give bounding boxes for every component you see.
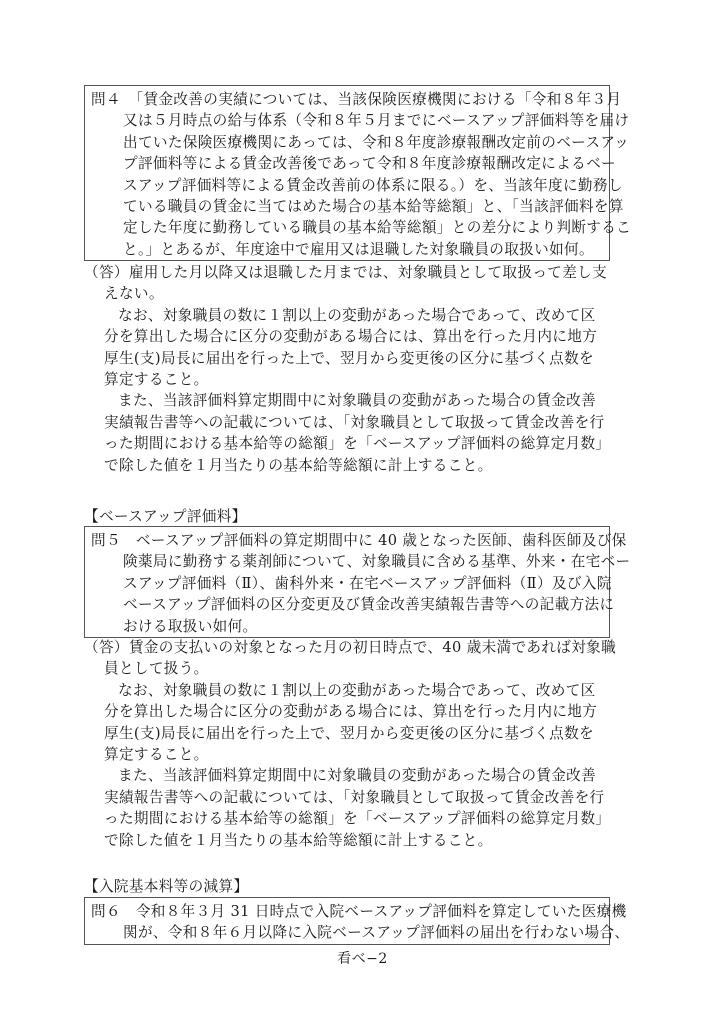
a5-line: 厚生(支)局長に届出を行った上で、翌月から変更後の区分に基づく点数を <box>84 723 614 744</box>
a4-line: えない。 <box>84 283 614 304</box>
section-heading-inpatient: 【入院基本料等の減算】 <box>84 876 248 897</box>
a4-line: った期間における基本給等の総額」を「ベースアップ評価料の総算定月数」 <box>84 433 614 454</box>
a4-line: （答）雇用した月以降又は退職した月までは、対象職員として取扱って差し支 <box>84 262 614 283</box>
q5-line: 問５ ベースアップ評価料の算定期間中に 40 歳となった医師、歯科医師及び保 <box>91 530 603 551</box>
section-heading-base-up: 【ベースアップ評価料】 <box>84 506 247 527</box>
a5-line: （答）賃金の支払いの対象となった月の初日時点で、40 歳未満であれば対象職 <box>84 637 614 658</box>
a5-line: 算定すること。 <box>84 744 614 765</box>
document-page: 問４ 「賃金改善の実績については、当該保険医療機関における「令和８年３月 又は５… <box>0 0 725 1024</box>
answer-5: （答）賃金の支払いの対象となった月の初日時点で、40 歳未満であれば対象職 員と… <box>84 637 614 851</box>
q4-line: 又は５月時点の給与体系（令和８年５月までにベースアップ評価料等を届け <box>91 110 603 131</box>
q6-line: 関が、令和８年６月以降に入院ベースアップ評価料の届出を行わない場合、 <box>91 922 603 943</box>
a5-line: 実績報告書等への記載については、「対象職員として取扱って賃金改善を行 <box>84 787 614 808</box>
q4-line: と。」とあるが、年度途中で雇用又は退職した対象職員の取扱い如何。 <box>91 239 603 260</box>
a4-line: また、当該評価料算定期間中に対象職員の変動があった場合の賃金改善 <box>84 390 614 411</box>
q4-line: 出ていた保険医療機関にあっては、令和８年度診療報酬改定前のベースアッ <box>91 132 603 153</box>
a4-line: で除した値を１月当たりの基本給等総額に計上すること。 <box>84 455 614 476</box>
question-6-box: 問６ 令和８年３月 31 日時点で入院ベースアップ評価料を算定していた医療機 関… <box>84 897 610 945</box>
q5-line: スアップ評価料（Ⅱ）、歯科外来・在宅ベースアップ評価料（Ⅱ）及び入院 <box>91 573 603 594</box>
a4-line: 算定すること。 <box>84 369 614 390</box>
q5-line: ベースアップ評価料の区分変更及び賃金改善実績報告書等への記載方法に <box>91 594 603 615</box>
q4-line: 定した年度に勤務している職員の基本給等総額」との差分により判断するこ <box>91 217 603 238</box>
q4-line: 問４ 「賃金改善の実績については、当該保険医療機関における「令和８年３月 <box>91 89 603 110</box>
a4-line: 実績報告書等への記載については、「対象職員として取扱って賃金改善を行 <box>84 412 614 433</box>
page-number: 看ベ−2 <box>0 948 725 968</box>
a5-line: で除した値を１月当たりの基本給等総額に計上すること。 <box>84 830 614 851</box>
a5-line: なお、対象職員の数に１割以上の変動があった場合であって、改めて区 <box>84 680 614 701</box>
question-4-box: 問４ 「賃金改善の実績については、当該保険医療機関における「令和８年３月 又は５… <box>84 85 610 261</box>
q4-line: ている職員の賃金に当てはめた場合の基本給等総額」と、「当該評価料を算 <box>91 196 603 217</box>
a5-line: った期間における基本給等の総額」を「ベースアップ評価料の総算定月数」 <box>84 808 614 829</box>
a5-line: 員として扱う。 <box>84 658 614 679</box>
a4-line: 厚生(支)局長に届出を行った上で、翌月から変更後の区分に基づく点数を <box>84 348 614 369</box>
a5-line: 分を算出した場合に区分の変動がある場合には、算出を行った月内に地方 <box>84 701 614 722</box>
a4-line: 分を算出した場合に区分の変動がある場合には、算出を行った月内に地方 <box>84 326 614 347</box>
a5-line: また、当該評価料算定期間中に対象職員の変動があった場合の賃金改善 <box>84 765 614 786</box>
q6-line: 問６ 令和８年３月 31 日時点で入院ベースアップ評価料を算定していた医療機 <box>91 901 603 922</box>
question-5-box: 問５ ベースアップ評価料の算定期間中に 40 歳となった医師、歯科医師及び保 険… <box>84 526 610 638</box>
q5-line: 険薬局に勤務する薬剤師について、対象職員に含める基準、外来・在宅ベー <box>91 551 603 572</box>
q4-line: スアップ評価料等による賃金改善前の体系に限る。）を、当該年度に勤務し <box>91 175 603 196</box>
q5-line: おける取扱い如何。 <box>91 616 603 637</box>
a4-line: なお、対象職員の数に１割以上の変動があった場合であって、改めて区 <box>84 305 614 326</box>
answer-4: （答）雇用した月以降又は退職した月までは、対象職員として取扱って差し支 えない。… <box>84 262 614 476</box>
q4-line: プ評価料等による賃金改善後であって令和８年度診療報酬改定によるベー <box>91 153 603 174</box>
